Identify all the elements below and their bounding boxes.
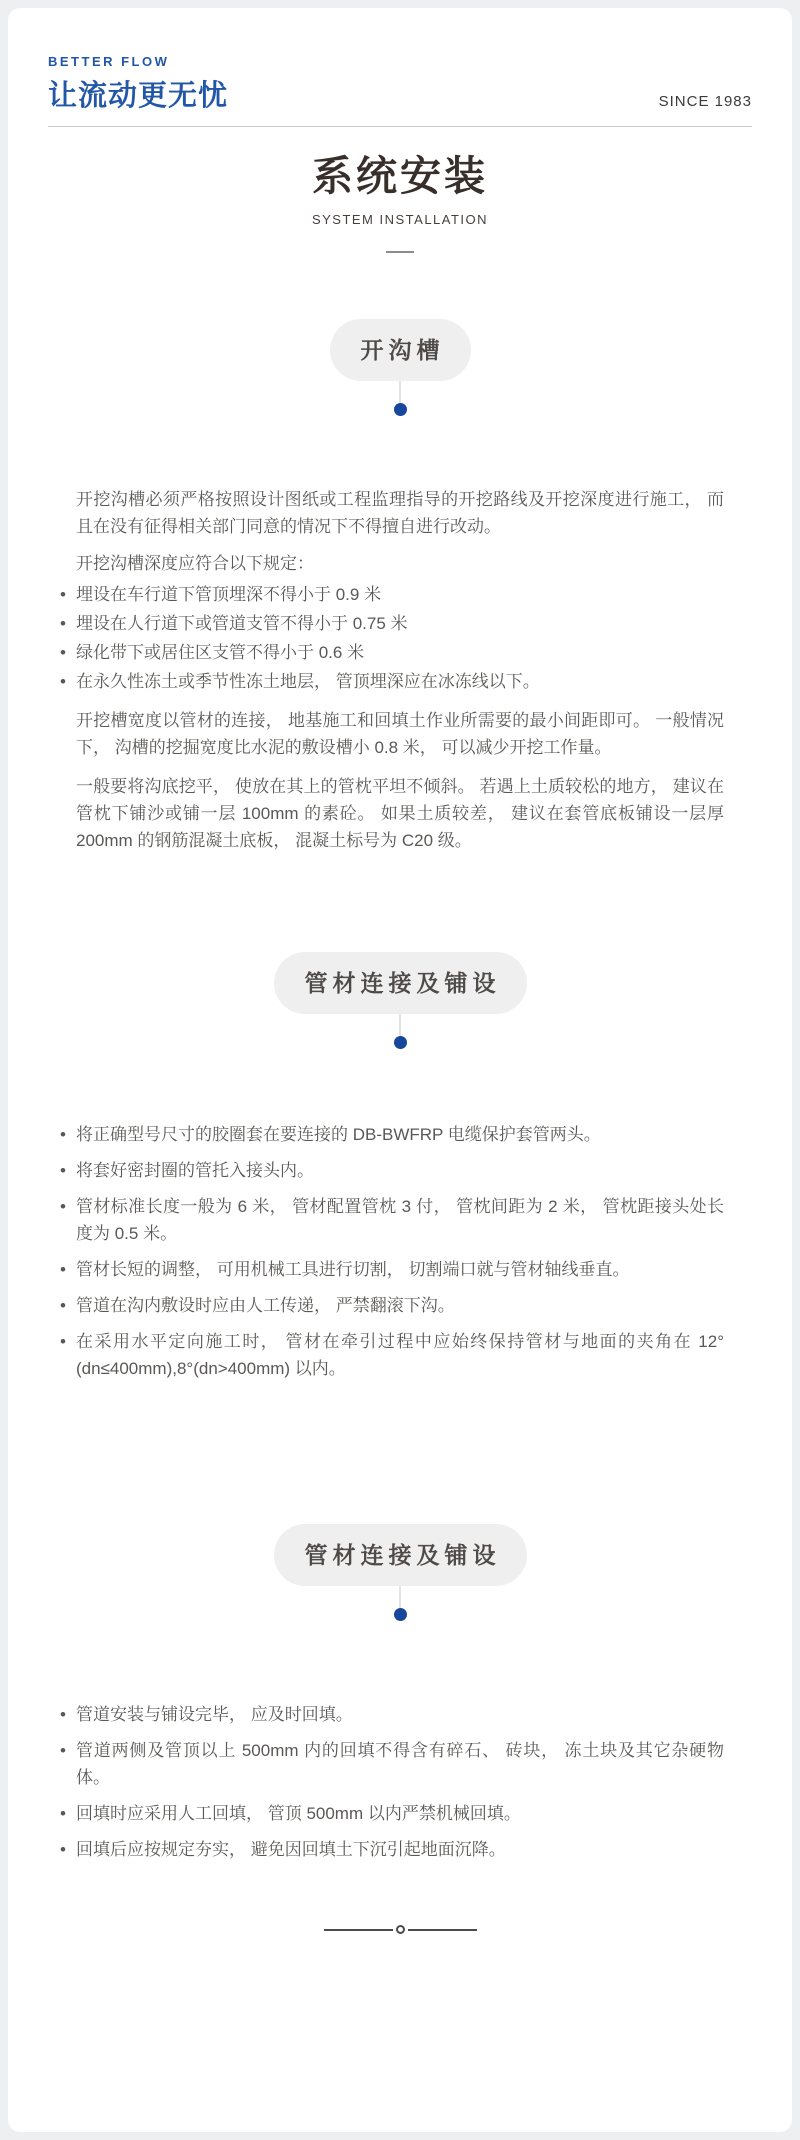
list-item: 在永久性冻土或季节性冻土地层， 管顶埋深应在冰冻线以下。 [76, 668, 724, 695]
section-badge: 开沟槽 [330, 319, 471, 381]
footer-divider [8, 1925, 792, 1934]
section-badge: 管材连接及铺设 [274, 952, 527, 1014]
list-item: 绿化带下或居住区支管不得小于 0.6 米 [76, 639, 724, 666]
section-badge-wrap: 管材连接及铺设 [8, 1524, 792, 1621]
section-pipe-connection: 管材连接及铺设 将正确型号尺寸的胶圈套在要连接的 DB-BWFRP 电缆保护套管… [8, 952, 792, 1382]
bullet-list: 将正确型号尺寸的胶圈套在要连接的 DB-BWFRP 电缆保护套管两头。 将套好密… [76, 1121, 724, 1382]
section-trenching: 开沟槽 开挖沟槽必须严格按照设计图纸或工程监理指导的开挖路线及开挖深度进行施工，… [8, 319, 792, 854]
section-badge: 管材连接及铺设 [274, 1524, 527, 1586]
section-badge-wrap: 管材连接及铺设 [8, 952, 792, 1049]
header: BETTER FLOW 让流动更无忧 SINCE 1983 [48, 8, 752, 127]
timeline-connector-line [399, 1586, 401, 1608]
section-content: 将正确型号尺寸的胶圈套在要连接的 DB-BWFRP 电缆保护套管两头。 将套好密… [76, 1121, 724, 1382]
list-item: 回填后应按规定夯实， 避免因回填土下沉引起地面沉降。 [76, 1836, 724, 1863]
timeline-dot-icon [394, 1608, 407, 1621]
list-item: 埋设在人行道下或管道支管不得小于 0.75 米 [76, 610, 724, 637]
list-item: 管道安装与铺设完毕， 应及时回填。 [76, 1701, 724, 1728]
paragraph: 开挖沟槽必须严格按照设计图纸或工程监理指导的开挖路线及开挖深度进行施工， 而且在… [76, 486, 724, 540]
brand-since-label: SINCE 1983 [659, 93, 752, 110]
footer-circle-icon [396, 1925, 405, 1934]
section-backfill: 管材连接及铺设 管道安装与铺设完毕， 应及时回填。 管道两侧及管顶以上 500m… [8, 1524, 792, 1863]
list-item: 管材长短的调整， 可用机械工具进行切割， 切割端口就与管材轴线垂直。 [76, 1256, 724, 1283]
list-item: 埋设在车行道下管顶埋深不得小于 0.9 米 [76, 581, 724, 608]
list-item: 管道在沟内敷设时应由人工传递， 严禁翻滚下沟。 [76, 1292, 724, 1319]
section-badge-wrap: 开沟槽 [8, 319, 792, 416]
list-item: 在采用水平定向施工时， 管材在牵引过程中应始终保持管材与地面的夹角在 12°(d… [76, 1328, 724, 1382]
timeline-dot-icon [394, 1036, 407, 1049]
content-card: BETTER FLOW 让流动更无忧 SINCE 1983 系统安装 SYSTE… [8, 8, 792, 2132]
title-divider-dash [386, 251, 414, 253]
bullet-list: 管道安装与铺设完毕， 应及时回填。 管道两侧及管顶以上 500mm 内的回填不得… [76, 1701, 724, 1863]
list-item: 管材标准长度一般为 6 米， 管材配置管枕 3 付， 管枕间距为 2 米， 管枕… [76, 1193, 724, 1247]
list-item: 将套好密封圈的管托入接头内。 [76, 1157, 724, 1184]
paragraph: 一般要将沟底挖平， 使放在其上的管枕平坦不倾斜。 若遇上土质较松的地方， 建议在… [76, 773, 724, 854]
section-content: 管道安装与铺设完毕， 应及时回填。 管道两侧及管顶以上 500mm 内的回填不得… [76, 1701, 724, 1863]
timeline-dot-icon [394, 403, 407, 416]
paragraph: 开挖槽宽度以管材的连接， 地基施工和回填土作业所需要的最小间距即可。 一般情况下… [76, 707, 724, 761]
page-subtitle: SYSTEM INSTALLATION [8, 212, 792, 227]
list-item: 管道两侧及管顶以上 500mm 内的回填不得含有碎石、 砖块， 冻土块及其它杂硬… [76, 1737, 724, 1791]
timeline-connector-line [399, 381, 401, 403]
bullet-list: 埋设在车行道下管顶埋深不得小于 0.9 米 埋设在人行道下或管道支管不得小于 0… [76, 581, 724, 695]
brand-tagline: BETTER FLOW [48, 54, 752, 69]
timeline-connector-line [399, 1014, 401, 1036]
section-content: 开挖沟槽必须严格按照设计图纸或工程监理指导的开挖路线及开挖深度进行施工， 而且在… [76, 486, 724, 854]
footer-line-right [408, 1929, 477, 1931]
list-item: 回填时应采用人工回填， 管顶 500mm 以内严禁机械回填。 [76, 1800, 724, 1827]
footer-line-left [324, 1929, 393, 1931]
brand-logo: 让流动更无忧 [48, 73, 752, 114]
page-title: 系统安装 [8, 143, 792, 202]
list-item: 将正确型号尺寸的胶圈套在要连接的 DB-BWFRP 电缆保护套管两头。 [76, 1121, 724, 1148]
list-heading: 开挖沟槽深度应符合以下规定： [76, 550, 724, 577]
